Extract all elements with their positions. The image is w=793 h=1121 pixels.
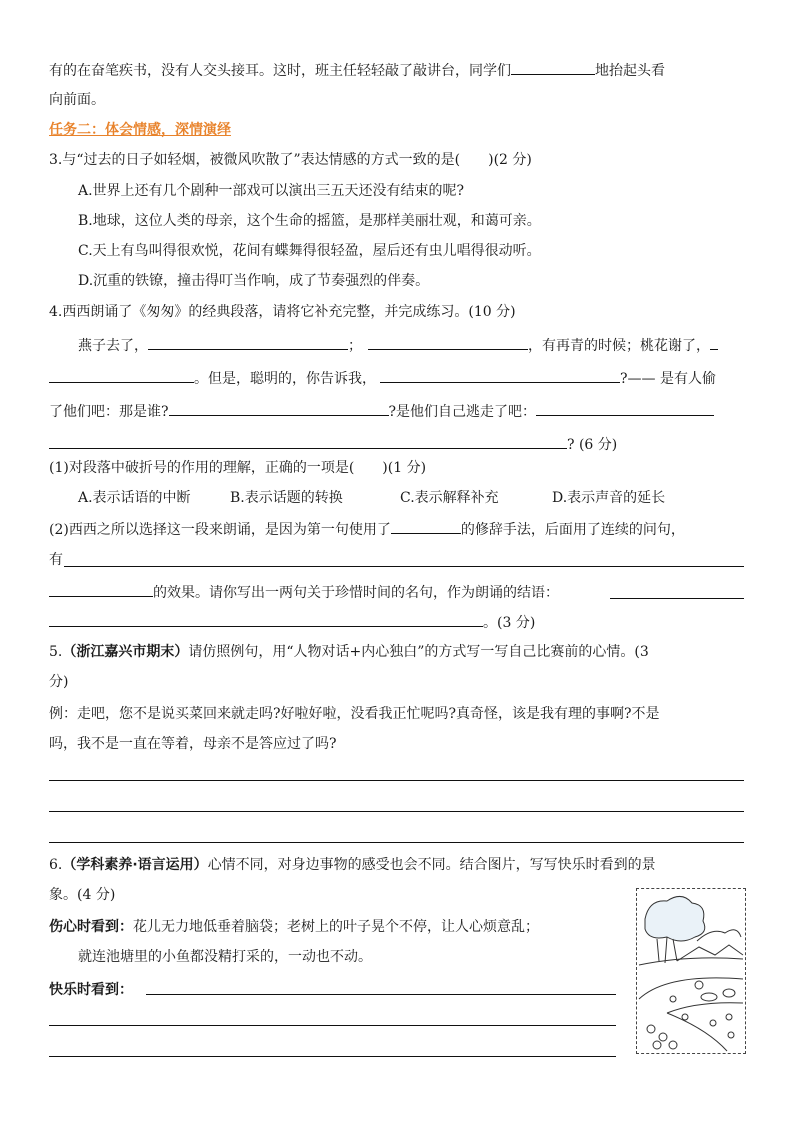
q4-sub2-line-3: 的效果。请你写出一两句关于珍惜时间的名句，作为朗诵的结语：: [49, 582, 559, 603]
q4-sub2-line-4: 。(3 分): [49, 612, 535, 633]
q5-example-line-1: 例：走吧，您不是说买菜回来就走吗?好啦好啦，没看我正忙呢吗?真奇怪，该是我有理的…: [49, 704, 660, 724]
answer-blank[interactable]: [49, 434, 567, 449]
answer-blank[interactable]: [380, 368, 620, 383]
q3-option-a[interactable]: A.世界上还有几个剧种一部戏可以演出三五天还没有结束的呢?: [78, 181, 464, 201]
q6-sad-line-1: 伤心时看到：花儿无力地低垂着脑袋；老树上的叶子晃个不停，让人心烦意乱；: [49, 917, 539, 937]
passage-text: ?是他们自己逃走了吧：: [389, 404, 537, 420]
answer-line[interactable]: [49, 1056, 616, 1057]
passage-text: ；: [348, 338, 362, 354]
answer-line[interactable]: [49, 1025, 616, 1026]
answer-blank[interactable]: [49, 368, 194, 383]
question-5-stem-cont: 分): [49, 672, 68, 692]
question-source: （学科素养·语言运用）: [62, 857, 207, 873]
q3-option-b[interactable]: B.地球，这位人类的母亲，这个生命的摇篮，是那样美丽壮观，和蔼可亲。: [78, 211, 541, 231]
answer-line[interactable]: [146, 994, 616, 995]
q4-passage-line-1: 燕子去了，；，有再青的时候；桃花谢了，: [78, 335, 718, 356]
question-text: 的修辞手法，后面用了连续的问句，: [461, 522, 685, 538]
question-3-stem: 3.与“过去的日子如轻烟，被微风吹散了”表达情感的方式一致的是( )(2 分): [49, 150, 532, 170]
q4-sub2-line-1: (2)西西之所以选择这一段来朗诵，是因为第一句使用了的修辞手法，后面用了连续的问…: [49, 519, 685, 540]
intro-line-1: 有的在奋笔疾书，没有人交头接耳。这时，班主任轻轻敲了敲讲台，同学们地抬起头看: [49, 60, 665, 81]
answer-blank[interactable]: [368, 335, 528, 350]
answer-line[interactable]: [49, 780, 744, 781]
question-4-stem: 4.西西朗诵了《匆匆》的经典段落，请将它补充完整，并完成练习。(10 分): [49, 302, 516, 322]
q4-sub1-options: A.表示话语的中断B.表示话题的转换C.表示解释补充D.表示声音的延长: [78, 488, 665, 508]
question-number: 5.: [49, 644, 62, 660]
passage-text: 燕子去了，: [78, 338, 148, 354]
answer-blank[interactable]: [710, 335, 718, 350]
passage-text: ? (6 分): [567, 437, 617, 453]
section-heading: 任务二：体会情感，深情演绎: [49, 120, 231, 140]
sad-label: 伤心时看到：: [49, 919, 133, 935]
passage-text: 了他们吧：那是谁?: [49, 404, 169, 420]
question-source: （浙江嘉兴市期末）: [62, 644, 188, 660]
q6-happy-line: 快乐时看到：: [49, 980, 133, 1000]
question-6-stem: 6.（学科素养·语言运用）心情不同，对身边事物的感受也会不同。结合图片，写写快乐…: [49, 855, 656, 875]
question-text: 心情不同，对身边事物的感受也会不同。结合图片，写写快乐时看到的景: [208, 857, 656, 873]
passage-text: 。但是，聪明的，你告诉我，: [194, 371, 376, 387]
question-6-stem-cont: 象。(4 分): [49, 885, 115, 905]
answer-line[interactable]: [610, 598, 744, 599]
intro-line-2: 向前面。: [49, 90, 105, 110]
q4-passage-line-3: 了他们吧：那是谁??是他们自己逃走了吧：: [49, 401, 714, 422]
q4-passage-line-4: ? (6 分): [49, 434, 617, 455]
question-5-stem: 5.（浙江嘉兴市期末）请仿照例句，用“人物对话+内心独白”的方式写一写自己比赛前…: [49, 642, 649, 662]
answer-blank[interactable]: [511, 60, 595, 75]
answer-blank[interactable]: [169, 401, 389, 416]
intro-text: 地抬起头看: [595, 63, 665, 79]
q3-option-c[interactable]: C.天上有鸟叫得很欢悦，花间有蝶舞得很轻盈，屋后还有虫儿唱得很动听。: [78, 241, 541, 261]
question-text: 的效果。请你写出一两句关于珍惜时间的名句，作为朗诵的结语：: [153, 585, 559, 601]
question-text: 。(3 分): [483, 615, 535, 631]
q3-option-d[interactable]: D.沉重的铁镣，撞击得叮当作响，成了节奏强烈的伴奏。: [78, 271, 429, 291]
sad-text: 花儿无力地低垂着脑袋；老树上的叶子晃个不停，让人心烦意乱；: [133, 919, 539, 935]
q4-sub1-option-b[interactable]: B.表示话题的转换: [230, 488, 400, 508]
q4-sub1-stem: (1)对段落中破折号的作用的理解，正确的一项是( )(1 分): [49, 458, 426, 478]
answer-blank[interactable]: [49, 612, 483, 627]
intro-text: 有的在奋笔疾书，没有人交头接耳。这时，班主任轻轻敲了敲讲台，同学们: [49, 63, 511, 79]
answer-blank[interactable]: [391, 519, 461, 534]
q4-sub2-line-2: 有: [49, 550, 63, 570]
q4-sub1-option-c[interactable]: C.表示解释补充: [400, 488, 552, 508]
q6-sad-line-2: 就连池塘里的小鱼都没精打采的，一动也不动。: [78, 947, 372, 967]
answer-line[interactable]: [49, 842, 744, 843]
landscape-picture: [636, 888, 746, 1054]
passage-text: ?—— 是有人偷: [620, 371, 716, 387]
q4-sub1-option-a[interactable]: A.表示话语的中断: [78, 488, 230, 508]
answer-line[interactable]: [64, 566, 744, 567]
passage-text: ，有再青的时候；桃花谢了，: [528, 338, 710, 354]
q4-passage-line-2: 。但是，聪明的，你告诉我，?—— 是有人偷: [49, 368, 716, 389]
answer-blank[interactable]: [49, 582, 153, 597]
q5-example-line-2: 吗，我不是一直在等着，母亲不是答应过了吗?: [49, 734, 337, 754]
landscape-sketch-icon: [637, 889, 745, 1053]
q4-sub1-option-d[interactable]: D.表示声音的延长: [552, 488, 665, 508]
answer-line[interactable]: [49, 811, 744, 812]
answer-blank[interactable]: [536, 401, 714, 416]
question-number: 6.: [49, 857, 62, 873]
question-text: 请仿照例句，用“人物对话+内心独白”的方式写一写自己比赛前的心情。(3: [188, 644, 648, 660]
answer-blank[interactable]: [148, 335, 348, 350]
happy-label: 快乐时看到：: [49, 982, 133, 998]
question-text: (2)西西之所以选择这一段来朗诵，是因为第一句使用了: [49, 522, 391, 538]
